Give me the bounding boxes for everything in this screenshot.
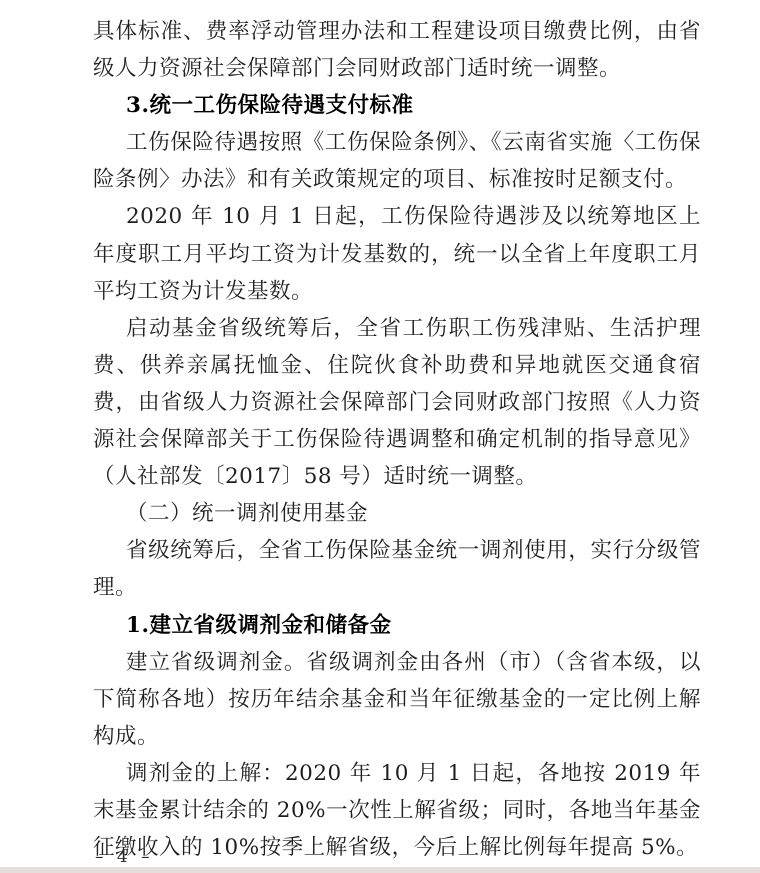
paragraph: 2020 年 10 月 1 日起，工伤保险待遇涉及以统筹地区上年度职工月平均工资…: [93, 198, 701, 309]
paragraph: 省级统筹后，全省工伤保险基金统一调剂使用，实行分级管理。: [93, 532, 701, 606]
section-heading-1: 1.建立省级调剂金和储备金: [93, 607, 701, 644]
section-heading-3: 3.统一工伤保险待遇支付标准: [93, 87, 701, 124]
paragraph: 工伤保险待遇按照《工伤保险条例》、《云南省实施〈工伤保险条例〉办法》和有关政策规…: [93, 124, 701, 198]
page-number: – 4 –: [95, 847, 154, 867]
paragraph-continuation: 具体标准、费率浮动管理办法和工程建设项目缴费比例，由省级人力资源社会保障部门会同…: [93, 13, 701, 87]
paragraph: 启动基金省级统筹后，全省工伤职工伤残津贴、生活护理费、供养亲属抚恤金、住院伙食补…: [93, 310, 701, 495]
footer-divider-bar: [0, 867, 760, 873]
paragraph: 调剂金的上解：2020 年 10 月 1 日起，各地按 2019 年末基金累计结…: [93, 755, 701, 866]
document-content: 具体标准、费率浮动管理办法和工程建设项目缴费比例，由省级人力资源社会保障部门会同…: [93, 13, 701, 866]
paragraph: 建立省级调剂金。省级调剂金由各州（市）（含省本级，以下简称各地）按历年结余基金和…: [93, 644, 701, 755]
document-page: 具体标准、费率浮动管理办法和工程建设项目缴费比例，由省级人力资源社会保障部门会同…: [0, 0, 760, 873]
subsection-heading-2: （二）统一调剂使用基金: [93, 495, 701, 532]
